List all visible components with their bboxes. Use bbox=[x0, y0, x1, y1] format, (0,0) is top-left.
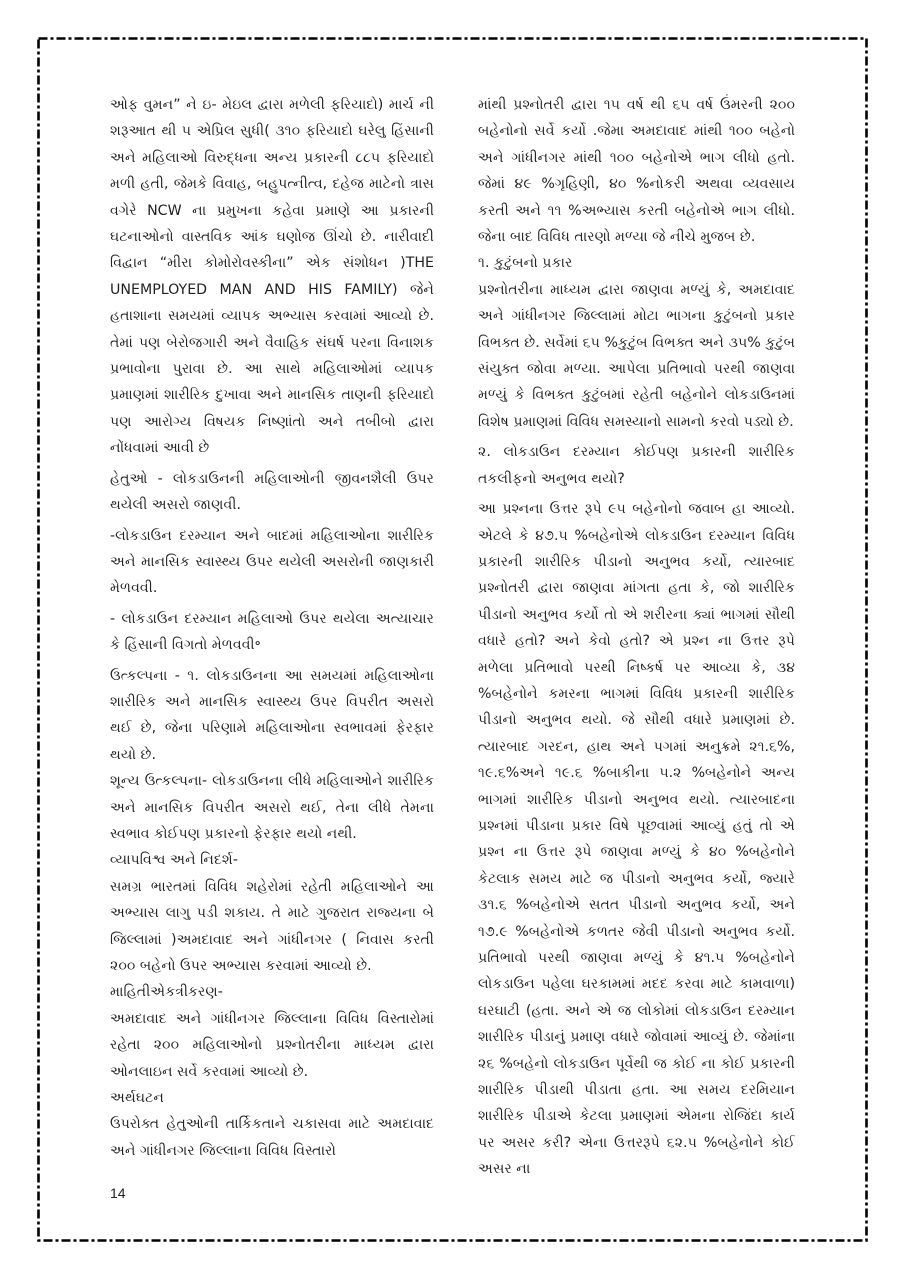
family-type-heading: ૧. કુટુંબનો પ્રકાર bbox=[478, 250, 795, 276]
right-column: માંથી પ્રશ્નોતરી દ્વારા ૧૫ વર્ષ થી ૬૫ વર… bbox=[478, 92, 795, 1183]
page-number: 14 bbox=[110, 1185, 126, 1201]
left-column: ઓફ વુમન” ને ઇ- મેઇલ દ્વારા મળેલી ફરિયાદો… bbox=[110, 92, 434, 1164]
population-sample-heading: વ્યાપવિશ્વ અને નિદર્શ- bbox=[110, 847, 434, 873]
hypothesis-paragraph: ઉત્કલ્પના - ૧. લોકડાઉનના આ સમયમાં મહિલાઓ… bbox=[110, 663, 434, 769]
objective-3-paragraph: - લોકડાઉન દરમ્યાન મહિલાઓ ઉપર થયેલા અત્યા… bbox=[110, 606, 434, 659]
family-type-paragraph: પ્રશ્નોતરીના માધ્યમ દ્વારા જાણવા મળ્યું … bbox=[478, 277, 795, 435]
interpretation-paragraph: ઉપરોક્ત હેતુઓની તાર્કિકતાને ચકાસવા માટે … bbox=[110, 1111, 434, 1164]
objective-2-paragraph: -લોકડાઉન દરમ્યાન અને બાદમાં મહિલાઓના શાર… bbox=[110, 523, 434, 602]
null-hypothesis-paragraph: શૂન્ય ઉત્કલ્પના- લોકડાઉનના લીધે મહિલાઓને… bbox=[110, 768, 434, 847]
physical-problem-heading: ૨. લોકડાઉન દરમ્યાન કોઈપણ પ્રકારની શારીરિ… bbox=[478, 439, 795, 492]
intro-paragraph: ઓફ વુમન” ને ઇ- મેઇલ દ્વારા મળેલી ફરિયાદો… bbox=[110, 92, 434, 462]
data-collection-heading: માહિતીએકત્રીકરણ- bbox=[110, 979, 434, 1005]
physical-problem-paragraph: આ પ્રશ્નના ઉત્તર રૂપે ૯૫ બહેનોનો જવાબ હા… bbox=[478, 496, 795, 1183]
objectives-heading-paragraph: હેતુઓ - લોકડાઉનની મહિલાઓની જીવનશૈલી ઉપર … bbox=[110, 466, 434, 519]
population-sample-paragraph: સમગ્ર ભારતમાં વિવિધ શહેરોમાં રહેતી મહિલા… bbox=[110, 874, 434, 980]
interpretation-heading: અર્થઘટન bbox=[110, 1085, 434, 1111]
survey-paragraph: માંથી પ્રશ્નોતરી દ્વારા ૧૫ વર્ષ થી ૬૫ વર… bbox=[478, 92, 795, 250]
data-collection-paragraph: અમદાવાદ અને ગાંધીનગર જિલ્લાના વિવિધ વિસ્… bbox=[110, 1006, 434, 1085]
